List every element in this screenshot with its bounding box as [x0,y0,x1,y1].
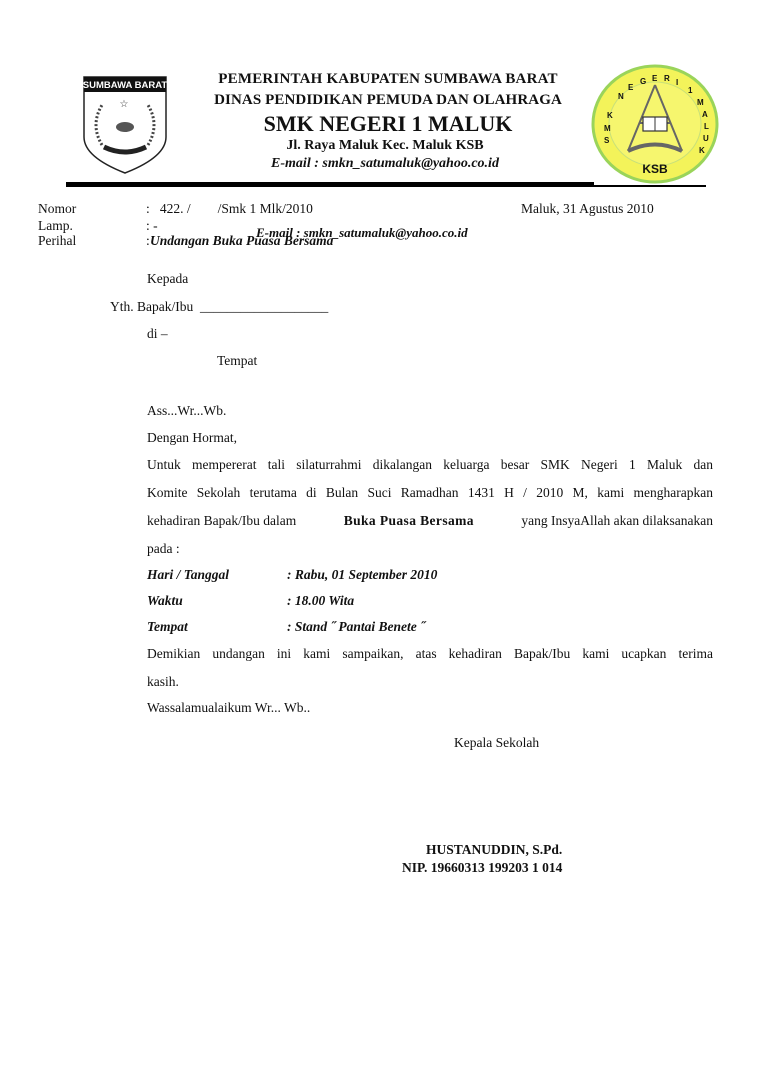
letterhead-rule-thick [66,182,594,187]
letterhead-school-name: SMK NEGERI 1 MALUK [178,111,598,137]
smk-negeri-1-maluk-logo: KSB SMK NEG ERI 1MA LUK [590,63,720,185]
salam-closing: Wassalamualaikum Wr... Wb.. [147,700,310,716]
detail-label-place: Tempat [147,619,188,635]
perihal-label: Perihal [38,233,76,249]
salam-opening: Ass...Wr...Wb. [147,403,226,419]
body-line-1: Untuk mempererat tali silaturrahmi dikal… [147,451,713,479]
lamp-label: Lamp. [38,218,73,234]
detail-label-time: Waktu [147,593,183,609]
signature-name: HUSTANUDDIN, S.Pd. [426,842,562,858]
letterhead-department: DINAS PENDIDIKAN PEMUDA DAN OLAHRAGA [178,92,598,109]
logo-badge-text: KSB [642,162,668,176]
greeting: Dengan Hormat, [147,430,237,446]
recipient-di: di – [147,326,168,342]
crest-banner-text: SUMBAWA BARAT [83,80,168,91]
closing-line-1: Demikian undangan ini kami sampaikan, at… [147,640,713,668]
closing-line-2: kasih. [147,674,179,690]
nomor-value: : 422. / /Smk 1 Mlk/2010 [146,201,313,217]
place-date: Maluk, 31 Agustus 2010 [521,201,654,217]
body-line-3: kehadiran Bapak/Ibu dalam Buka Puasa Ber… [147,507,713,535]
svg-text:☆: ☆ [120,99,129,110]
detail-value-time: : 18.00 Wita [287,593,354,609]
letterhead-government: PEMERINTAH KABUPATEN SUMBAWA BARAT [178,71,598,88]
recipient-tempat: Tempat [217,353,257,369]
sumbawa-barat-crest-logo: SUMBAWA BARAT ☆ [80,75,170,175]
detail-label-date: Hari / Tanggal [147,567,229,583]
lamp-value: : - [146,218,158,234]
signature-title: Kepala Sekolah [454,735,539,751]
detail-value-date: : Rabu, 01 September 2010 [287,567,437,583]
nomor-label: Nomor [38,201,76,217]
body-line-2: Komite Sekolah terutama di Bulan Suci Ra… [147,479,713,507]
signature-nip: NIP. 19660313 199203 1 014 [402,860,562,876]
letterhead-address: Jl. Raya Maluk Kec. Maluk KSB [175,138,595,154]
letterhead-rule-thin [594,185,706,187]
letterhead-email: E-mail : smkn_satumaluk@yahoo.co.id [175,156,595,172]
body-line-3-post: yang InsyaAllah akan dilaksanakan [521,507,713,535]
recipient-kepada: Kepada [147,271,188,287]
detail-value-place: : Stand ˝ Pantai Benete ˝ [287,619,425,635]
body-line-4: pada : [147,541,180,557]
body-line-3-pre: kehadiran Bapak/Ibu dalam [147,507,296,535]
overlapping-email: E-mail : smkn_satumaluk@yahoo.co.id [256,225,468,241]
event-name: Buka Puasa Bersama [344,507,474,535]
recipient-yth: Yth. Bapak/Ibu ___________________ [110,299,328,315]
